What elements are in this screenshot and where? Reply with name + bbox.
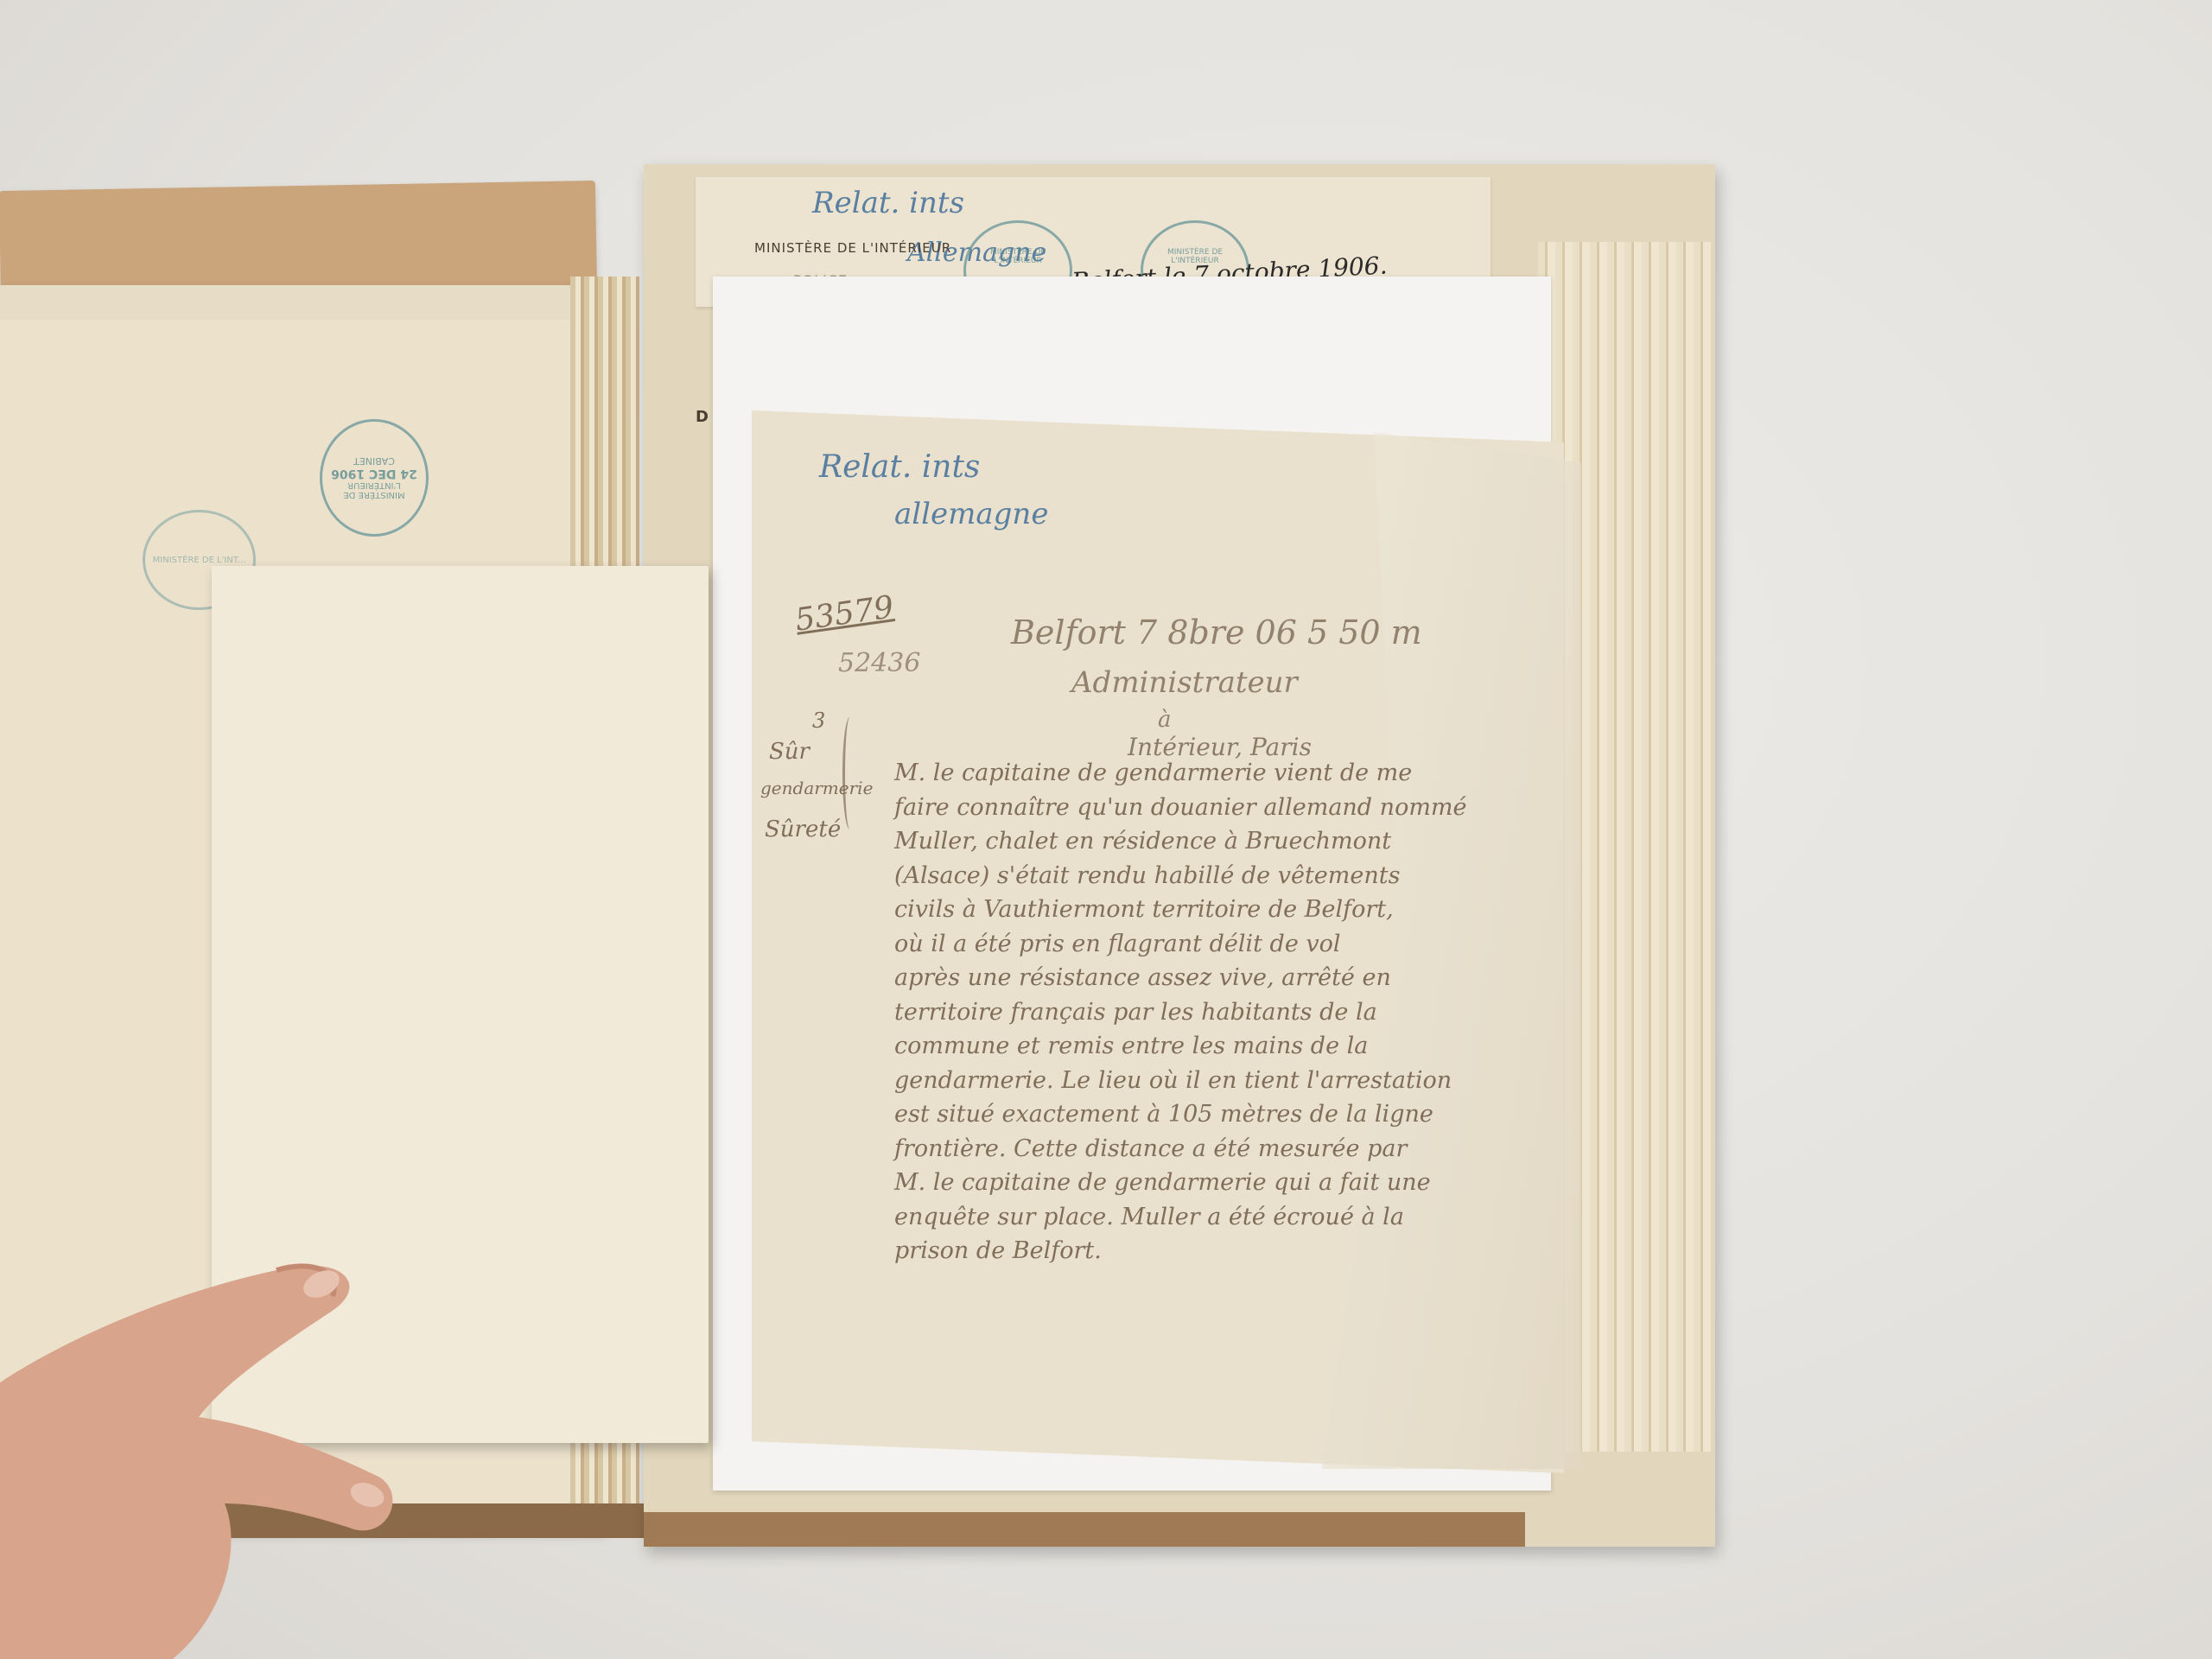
body-line: prison de Belfort. (894, 1234, 1551, 1268)
letterhead: MINISTÈRE DE L'INTÉRIEUR (754, 240, 951, 256)
letter-header-dateline: Belfort 7 8bre 06 5 50 m (1011, 613, 1422, 652)
body-line: où il a été pris en flagrant délit de vo… (894, 927, 1551, 962)
letter-from: Administrateur (1071, 665, 1298, 700)
ministry-stamp-cabinet: MINISTÈRE DE L'INTÉRIEUR 24 DEC 1906 CAB… (320, 419, 429, 537)
reference-number-bottom: 52436 (838, 648, 920, 678)
edge-letter: D (696, 408, 709, 426)
body-line: (Alsace) s'était rendu habillé de vêteme… (894, 859, 1551, 893)
body-line: Muller, chalet en résidence à Bruechmont (894, 824, 1551, 859)
body-line: civils à Vauthiermont territoire de Belf… (894, 893, 1551, 927)
letter-annotation-relations: Relat. ints (819, 449, 980, 485)
body-line: frontière. Cette distance a été mesurée … (894, 1132, 1551, 1166)
letter-a: à (1158, 707, 1172, 733)
body-line: gendarmerie. Le lieu où il en tient l'ar… (894, 1064, 1551, 1098)
margin-note-3: Sûreté (765, 817, 841, 842)
body-line: faire connaître qu'un douanier allemand … (894, 791, 1551, 825)
hand-icon (0, 1253, 397, 1659)
body-line: enquête sur place. Muller a été écroué à… (894, 1200, 1551, 1235)
body-line: M. le capitaine de gendarmerie vient de … (894, 756, 1551, 791)
margin-note-0: 3 (812, 709, 825, 733)
body-line: territoire français par les habitants de… (894, 995, 1551, 1030)
body-line: commune et remis entre les mains de la (894, 1029, 1551, 1064)
body-line: est situé exactement à 105 mètres de la … (894, 1097, 1551, 1132)
letter-annotation-allemagne: allemagne (894, 497, 1048, 531)
margin-note-1: Sûr (769, 739, 810, 765)
letter-body: M. le capitaine de gendarmerie vient de … (894, 756, 1551, 1268)
body-line: après une résistance assez vive, arrêté … (894, 961, 1551, 995)
body-line: M. le capitaine de gendarmerie qui a fai… (894, 1166, 1551, 1200)
top-annotation-relations: Relat. ints (812, 186, 964, 220)
margin-bracket (842, 717, 857, 829)
binding-edge-right (644, 1512, 1525, 1547)
